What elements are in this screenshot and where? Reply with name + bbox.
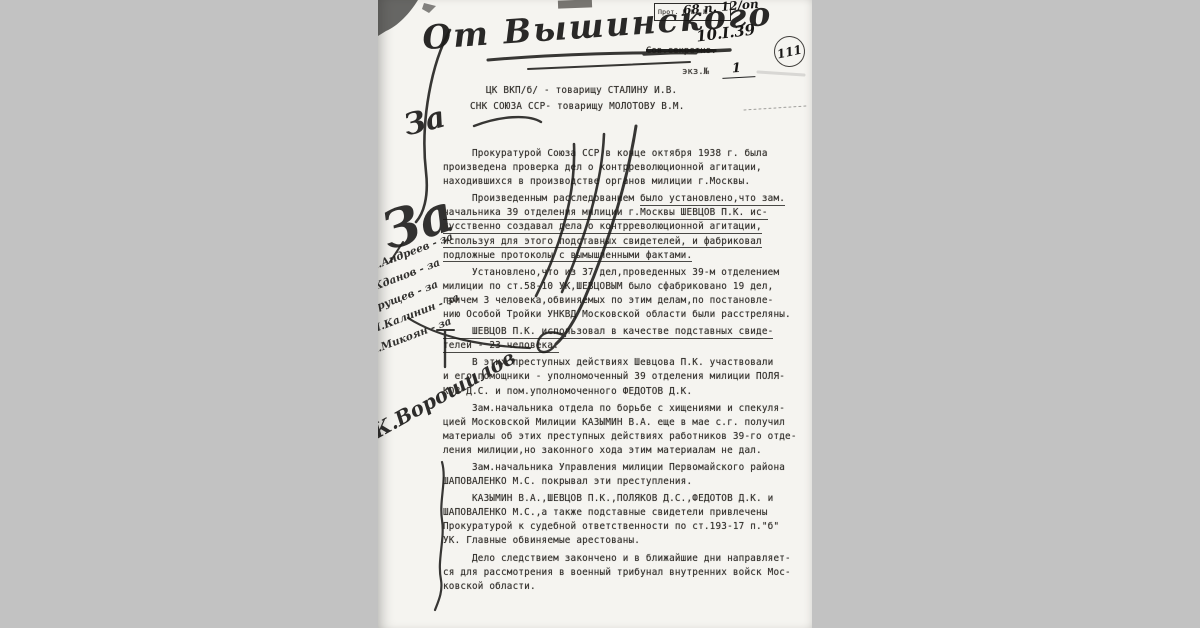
scan-canvas: Прот. П.Б. № 68 п. 12/оп От Вышинского 1…: [0, 0, 1200, 628]
document-line: КОВ Д.С. и пом.уполномоченного ФЕДОТОВ Д…: [443, 385, 799, 399]
document-line: ковской области.: [443, 580, 799, 594]
document-line: Прокуратурой к судебной ответственности …: [443, 520, 799, 534]
document-line: ления милиции,но законного хода этим мат…: [443, 444, 799, 458]
document-line: произведена проверка дел о контрреволюци…: [443, 161, 799, 175]
document-line: милиции по ст.58-10 УК,ШЕВЦОВЫМ было сфа…: [443, 280, 799, 294]
paragraph: Дело следствием закончено и в ближайшие …: [443, 552, 799, 594]
document-line: Дело следствием закончено и в ближайшие …: [443, 552, 799, 566]
document-line: ся для рассмотрения в военный трибунал в…: [443, 566, 799, 580]
document-line: Установлено,что из 37 дел,проведенных 39…: [443, 266, 799, 280]
document-body: Прокуратурой Союза ССР в конце октября 1…: [443, 147, 799, 597]
document-line: телей - 23 человека.: [443, 339, 799, 353]
document-line: Зам.начальника отдела по борьбе с хищени…: [443, 402, 799, 416]
paragraph: В этих преступных действиях Шевцова П.К.…: [443, 356, 799, 398]
document-line: подложные протоколы с вымышленными факта…: [443, 249, 799, 263]
page-number-circle: 111: [772, 34, 806, 68]
copy-number: 1: [722, 60, 756, 79]
address-line-stalin: ЦК ВКП/б/ - товарищу СТАЛИНУ И.В.: [486, 85, 677, 96]
document-line: нию Особой Тройки УНКВД Московской облас…: [443, 308, 799, 322]
secrecy-label: Сов.секретно.: [646, 46, 716, 56]
document-line: ШЕВЦОВ П.К. использовал в качестве подст…: [443, 325, 799, 339]
paragraph: Установлено,что из 37 дел,проведенных 39…: [443, 266, 799, 322]
document-line: начальника 39 отделения милиции г.Москвы…: [443, 206, 799, 220]
paragraph: Прокуратурой Союза ССР в конце октября 1…: [443, 147, 799, 189]
document-line: КАЗЫМИН В.А.,ШЕВЦОВ П.К.,ПОЛЯКОВ Д.С.,ФЕ…: [443, 492, 799, 506]
document-line: Зам.начальника Управления милиции Первом…: [443, 461, 799, 475]
copy-label: экз.№: [682, 67, 709, 77]
document-line: причем 3 человека,обвиняемых по этим дел…: [443, 294, 799, 308]
document-line: материалы об этих преступных действиях р…: [443, 430, 799, 444]
paragraph: Зам.начальника Управления милиции Первом…: [443, 461, 799, 489]
document-line: УК. Главные обвиняемые арестованы.: [443, 534, 799, 548]
document-photo: Прот. П.Б. № 68 п. 12/оп От Вышинского 1…: [378, 0, 812, 628]
za-annotation-top: За: [400, 100, 448, 144]
address-line-molotov: СНК СОЮЗА ССР- товарищу МОЛОТОВУ В.М.: [470, 101, 685, 112]
paragraph: Произведенным расследованием было устано…: [443, 192, 799, 262]
document-line: находившихся в производстве органов мили…: [443, 175, 799, 189]
document-line: ШАПОВАЛЕНКО М.С. покрывал эти преступлен…: [443, 475, 799, 489]
document-line: используя для этого подставных свидетеле…: [443, 235, 799, 249]
document-line: и его помощники - уполномоченный 39 отде…: [443, 370, 799, 384]
paragraph: ШЕВЦОВ П.К. использовал в качестве подст…: [443, 325, 799, 353]
document-line: Произведенным расследованием было устано…: [443, 192, 799, 206]
page-number: 111: [776, 42, 803, 61]
paragraph: КАЗЫМИН В.А.,ШЕВЦОВ П.К.,ПОЛЯКОВ Д.С.,ФЕ…: [443, 492, 799, 548]
document-line: цией Московской Милиции КАЗЫМИН В.А. еще…: [443, 416, 799, 430]
paragraph: Зам.начальника отдела по борьбе с хищени…: [443, 402, 799, 458]
document-line: Прокуратурой Союза ССР в конце октября 1…: [443, 147, 799, 161]
document-line: ШАПОВАЛЕНКО М.С.,а также подставные свид…: [443, 506, 799, 520]
document-line: В этих преступных действиях Шевцова П.К.…: [443, 356, 799, 370]
document-line: кусственно создавал дела о контрреволюци…: [443, 220, 799, 234]
